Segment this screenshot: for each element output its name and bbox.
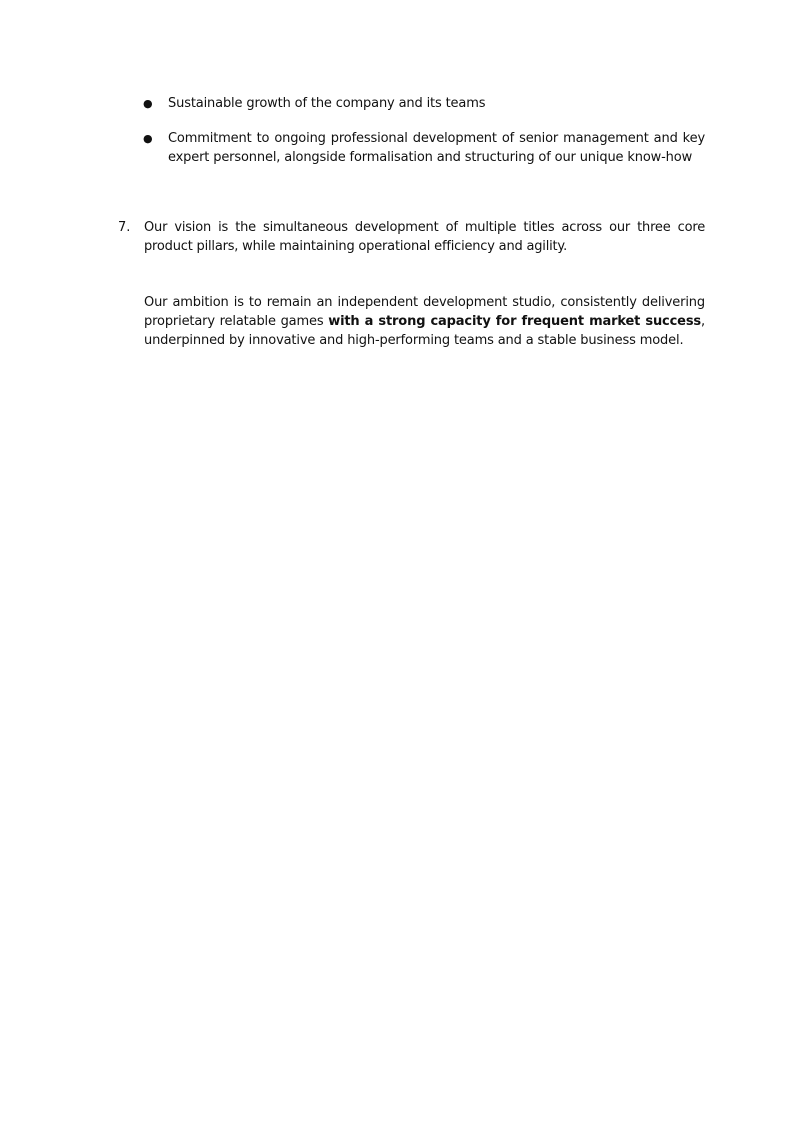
bullet-text: Commitment to ongoing professional devel…	[168, 129, 705, 167]
document-page: ● Sustainable growth of the company and …	[0, 0, 800, 1131]
list-number: 7.	[118, 218, 130, 237]
bullet-marker: ●	[143, 94, 153, 113]
ambition-paragraph: Our ambition is to remain an independent…	[144, 293, 705, 350]
bullet-marker: ●	[143, 129, 153, 148]
vision-text: Our vision is the simultaneous developme…	[144, 218, 705, 256]
bullet-text: Sustainable growth of the company and it…	[168, 94, 705, 113]
ambition-bold-text: with a strong capacity for frequent mark…	[328, 314, 701, 329]
